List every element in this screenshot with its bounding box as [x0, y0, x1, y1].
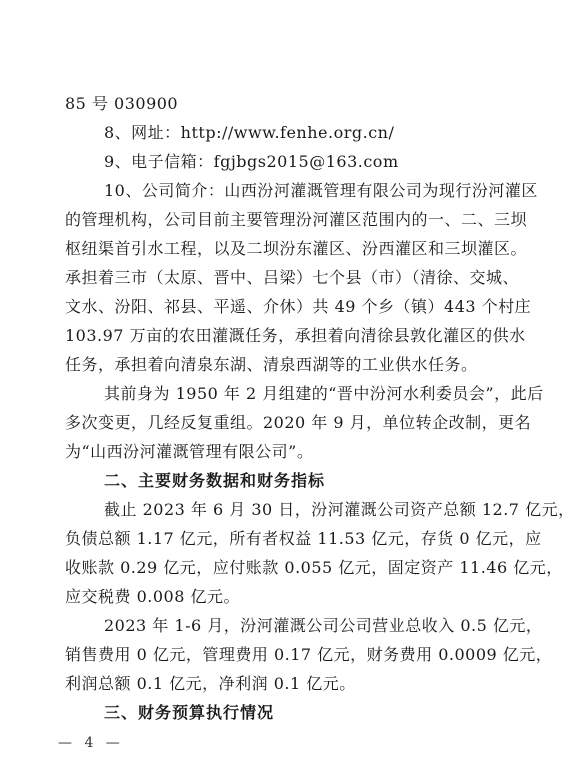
section-heading-budget-execution: 三、财务预算执行情况	[65, 698, 501, 727]
balance-sheet-line: 应交税费 0.008 亿元。	[65, 582, 501, 611]
history-line: 为“山西汾河灌溉管理有限公司”。	[65, 437, 501, 466]
website-line: 8、网址：http://www.fenhe.org.cn/	[65, 118, 501, 147]
income-statement-line: 利润总额 0.1 亿元，净利润 0.1 亿元。	[65, 669, 501, 698]
company-intro-line: 枢纽渠首引水工程，以及二坝汾东灌区、汾西灌区和三坝灌区。	[65, 234, 501, 263]
balance-sheet-line: 负债总额 1.17 亿元，所有者权益 11.53 亿元，存货 0 亿元，应	[65, 524, 501, 553]
company-intro-line: 承担着三市（太原、晋中、吕梁）七个县（市）（清徐、交城、	[65, 263, 501, 292]
page-number: — 4 —	[58, 735, 124, 751]
company-intro-line: 10、公司简介：山西汾河灌溉管理有限公司为现行汾河灌区	[65, 176, 501, 205]
income-statement-line: 2023 年 1-6 月，汾河灌溉公司公司营业总收入 0.5 亿元，	[65, 611, 501, 640]
company-intro-line: 103.97 万亩的农田灌溉任务，承担着向清徐县敦化灌区的供水	[65, 321, 501, 350]
address-line: 85 号 030900	[65, 89, 501, 118]
balance-sheet-line: 收账款 0.29 亿元，应付账款 0.055 亿元，固定资产 11.46 亿元，	[65, 553, 501, 582]
email-line: 9、电子信箱：fgjbgs2015@163.com	[65, 147, 501, 176]
document-page: 85 号 030900 8、网址：http://www.fenhe.org.cn…	[65, 89, 501, 727]
history-line: 多次变更，几经反复重组。2020 年 9 月，单位转企改制，更名	[65, 408, 501, 437]
company-intro-line: 文水、汾阳、祁县、平遥、介休）共 49 个乡（镇）443 个村庄	[65, 292, 501, 321]
income-statement-line: 销售费用 0 亿元，管理费用 0.17 亿元，财务费用 0.0009 亿元，	[65, 640, 501, 669]
company-intro-line: 任务，承担着向清泉东湖、清泉西湖等的工业供水任务。	[65, 350, 501, 379]
balance-sheet-line: 截止 2023 年 6 月 30 日，汾河灌溉公司资产总额 12.7 亿元，	[65, 495, 501, 524]
company-intro-line: 的管理机构，公司目前主要管理汾河灌区范围内的一、二、三坝	[65, 205, 501, 234]
history-line: 其前身为 1950 年 2 月组建的“晋中汾河水利委员会”，此后	[65, 379, 501, 408]
section-heading-financial-data: 二、主要财务数据和财务指标	[65, 466, 501, 495]
